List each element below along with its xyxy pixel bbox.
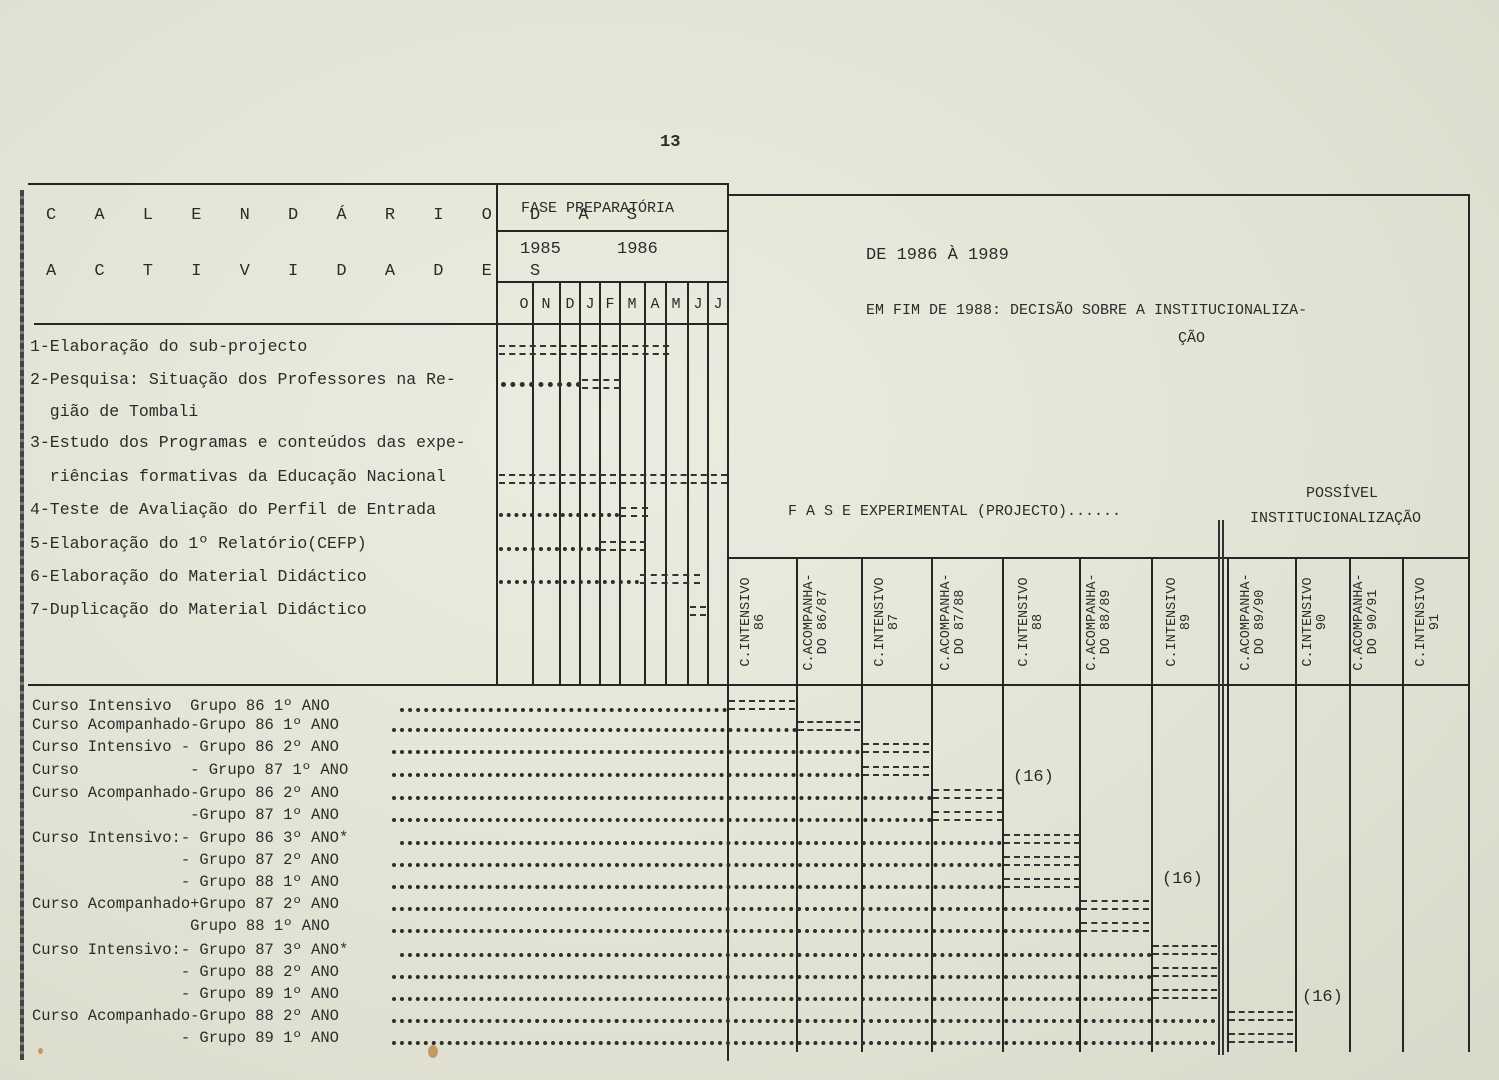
month-label: F	[600, 296, 620, 313]
gantt-bar-activity-7	[690, 606, 706, 616]
col-header: C.INTENSIVO 91	[1415, 562, 1443, 682]
gantt-dots-activity-2	[501, 382, 581, 387]
activity-row: 6-Elaboração do Material Didáctico	[30, 567, 367, 586]
course-row: Curso Intensivo - Grupo 86 2º ANO	[32, 738, 339, 756]
leader-dots	[392, 1041, 1216, 1045]
activity-row: 1-Elaboração do sub-projecto	[30, 337, 307, 356]
document-page: 13 C A L E N D Á R I O D A S A C T I V I…	[0, 0, 1499, 1080]
leader-dots	[392, 907, 1080, 911]
col-header: C.INTENSIVO 90	[1302, 562, 1330, 682]
course-row: Curso Acompanhado+Grupo 87 2º ANO	[32, 895, 339, 913]
col-header: C.ACOMPANHA- DO 87/88	[940, 562, 968, 682]
gantt-bar-course	[1153, 967, 1217, 977]
gantt-bar-course	[1004, 856, 1080, 866]
leader-dots	[392, 750, 860, 754]
gantt-bar-course	[729, 700, 795, 710]
leader-dots	[392, 1019, 1216, 1023]
course-row: - Grupo 87 2º ANO	[32, 851, 339, 869]
gantt-bar-course	[1153, 945, 1217, 955]
course-col-line	[1402, 557, 1404, 1052]
course-col-line	[1468, 557, 1470, 1052]
gantt-bar-course	[1081, 922, 1149, 932]
course-col-line	[1295, 557, 1297, 1052]
course-row: Curso Intensivo:- Grupo 87 3º ANO*	[32, 941, 348, 959]
note-16: (16)	[1162, 870, 1203, 889]
leader-dots	[400, 953, 1152, 957]
gantt-bar-activity-5	[600, 541, 646, 551]
leader-dots	[400, 841, 1002, 845]
gantt-bar-course	[1153, 989, 1217, 999]
month-label: J	[688, 296, 708, 313]
course-row: - Grupo 88 2º ANO	[32, 963, 339, 981]
month-label: O	[514, 296, 534, 313]
gantt-bar-activity-1	[499, 345, 669, 355]
leader-dots	[392, 863, 1002, 867]
leader-dots	[392, 929, 1080, 933]
gantt-bar-course	[798, 721, 860, 731]
ink-stain	[38, 1048, 43, 1054]
ink-stain	[428, 1045, 438, 1058]
gantt-bar-course	[863, 766, 929, 776]
col-header: C.ACOMPANHA- DO 88/89	[1086, 562, 1114, 682]
course-row: Curso - Grupo 87 1º ANO	[32, 761, 348, 779]
calendar-title-line2: A C T I V I D A D E S	[46, 262, 554, 281]
divider-header	[34, 323, 728, 325]
activity-row: 3-Estudo dos Programas e conteúdos das e…	[30, 433, 466, 452]
course-row: Curso Intensivo:- Grupo 86 3º ANO*	[32, 829, 348, 847]
gantt-bar-course	[863, 743, 929, 753]
course-row: -Grupo 87 1º ANO	[32, 806, 339, 824]
month-label: J	[708, 296, 728, 313]
note-16: (16)	[1013, 768, 1054, 787]
gantt-bar-activity-2	[582, 379, 620, 389]
month-label: N	[536, 296, 556, 313]
gantt-bar-course	[1229, 1033, 1293, 1043]
institution-boundary-dashed	[1222, 520, 1224, 1055]
col-divider-activities	[496, 183, 498, 685]
preparatory-phase-label: FASE PREPARATÓRIA	[521, 200, 674, 217]
course-row: - Grupo 89 1º ANO	[32, 985, 339, 1003]
table-right-border	[1468, 194, 1470, 560]
course-row: Curso Acompanhado-Grupo 86 1º ANO	[32, 716, 339, 734]
year-1986: 1986	[617, 240, 658, 259]
course-row: Curso Acompanhado-Grupo 88 2º ANO	[32, 1007, 339, 1025]
page-number: 13	[660, 133, 680, 152]
course-row: Curso Intensivo Grupo 86 1º ANO	[32, 697, 330, 715]
gantt-bar-activity-4	[620, 507, 648, 517]
activity-row: 7-Duplicação do Material Didáctico	[30, 600, 367, 619]
month-label: J	[580, 296, 600, 313]
note-16: (16)	[1302, 988, 1343, 1007]
activity-row: 2-Pesquisa: Situação dos Professores na …	[30, 370, 456, 389]
month-label: M	[622, 296, 642, 313]
left-margin-line	[20, 190, 24, 1060]
institutionalization-label: INSTITUCIONALIZAÇÃO	[1250, 510, 1421, 527]
gantt-bar-course	[1004, 878, 1080, 888]
course-row: - Grupo 88 1º ANO	[32, 873, 339, 891]
experimental-phase-label: F A S E EXPERIMENTAL (PROJECTO)......	[788, 503, 1121, 520]
col-header: C.INTENSIVO 86	[740, 562, 768, 682]
institution-boundary-dashed	[1218, 520, 1220, 1055]
col-header: C.ACOMPANHA- DO 90/91	[1353, 562, 1381, 682]
gantt-bar-course	[1229, 1011, 1293, 1021]
gantt-bar-course	[933, 789, 1003, 799]
divider-phase	[497, 230, 728, 232]
col-header: C.INTENSIVO 87	[874, 562, 902, 682]
table-top-border-right	[727, 194, 1470, 196]
gantt-dots-activity-6	[499, 580, 639, 584]
activity-row: 5-Elaboração do 1º Relatório(CEFP)	[30, 534, 367, 553]
leader-dots	[400, 708, 727, 712]
month-label: D	[560, 296, 580, 313]
activity-row: 4-Teste de Avaliação do Perfil de Entrad…	[30, 500, 436, 519]
possible-label: POSSÍVEL	[1306, 485, 1378, 502]
course-col-line	[1349, 557, 1351, 1052]
divider-courses	[28, 684, 1468, 686]
course-col-line	[1227, 557, 1229, 1052]
leader-dots	[392, 728, 797, 732]
month-label: A	[645, 296, 665, 313]
col-header: C.ACOMPANHA- DO 86/87	[803, 562, 831, 682]
divider-phase-columns	[727, 557, 1470, 559]
decision-label-cont: ÇÃO	[1178, 330, 1205, 347]
gantt-bar-activity-3	[499, 474, 727, 484]
decision-label: EM FIM DE 1988: DECISÃO SOBRE A INSTITUC…	[866, 302, 1307, 319]
gantt-dots-activity-5	[499, 547, 599, 551]
leader-dots	[392, 885, 1002, 889]
period-label: DE 1986 À 1989	[866, 246, 1009, 265]
course-row: Grupo 88 1º ANO	[32, 917, 330, 935]
course-row: - Grupo 89 1º ANO	[32, 1029, 339, 1047]
month-label: M	[666, 296, 686, 313]
leader-dots	[392, 818, 932, 822]
activity-row: gião de Tombali	[30, 402, 198, 421]
leader-dots	[392, 997, 1152, 1001]
activity-row: riências formativas da Educação Nacional	[30, 467, 446, 486]
gantt-bar-course	[1004, 834, 1080, 844]
col-header: C.INTENSIVO 88	[1018, 562, 1046, 682]
col-header: C.ACOMPANHA- DO 89/90	[1240, 562, 1268, 682]
leader-dots	[392, 796, 932, 800]
leader-dots	[392, 975, 1152, 979]
gantt-dots-activity-4	[499, 513, 619, 517]
gantt-bar-activity-6	[640, 574, 700, 584]
gantt-bar-course	[933, 811, 1003, 821]
gantt-bar-course	[1081, 900, 1149, 910]
leader-dots	[392, 773, 860, 777]
col-header: C.INTENSIVO 89	[1166, 562, 1194, 682]
table-top-border	[28, 183, 728, 185]
course-row: Curso Acompanhado-Grupo 86 2º ANO	[32, 784, 339, 802]
year-1985: 1985	[520, 240, 561, 259]
